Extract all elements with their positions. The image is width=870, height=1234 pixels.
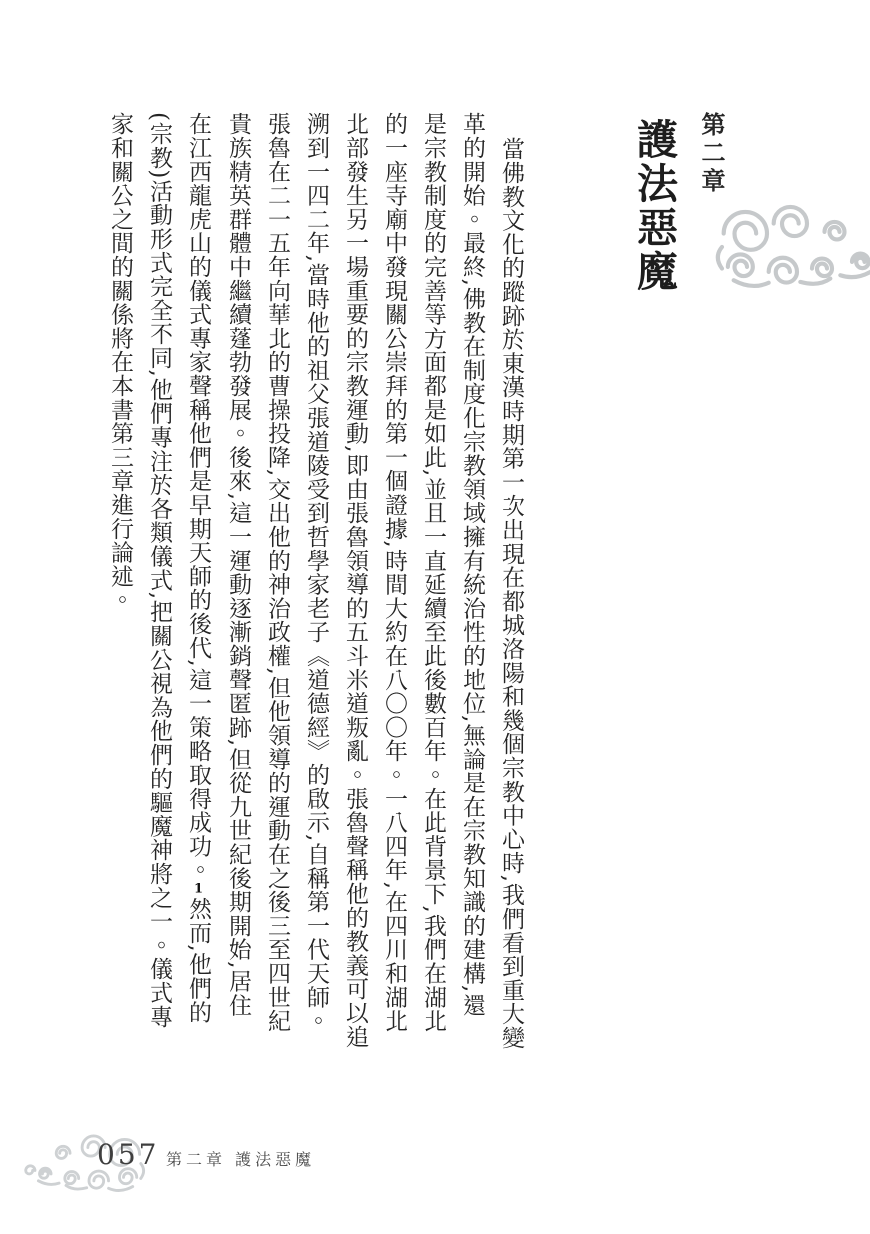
text-column-with-footnote: 在江西龍虎山的儀式專家聲稱他們是早期天師的後代,這一策略取得成功。1然而,他們的 — [178, 112, 218, 1068]
text-segment: 然而,他們的 — [185, 897, 211, 1024]
book-page: 第二章 護法惡魔 當佛教文化的蹤跡於東漢時期第一次出現在都城洛陽和幾個宗教中心時… — [0, 0, 870, 1234]
page-number: 057 — [97, 1138, 159, 1171]
text-column: 是宗教制度的完善等方面都是如此,並且一直延續至此後數百年。在此背景下,我們在湖北 — [413, 112, 452, 1068]
text-column: 家和關公之間的關係將在本書第三章進行論述。 — [100, 112, 139, 1068]
text-column: 的一座寺廟中發現關公崇拜的第一個證據,時間大約在八〇〇年。一八四年,在四川和湖北 — [374, 112, 413, 1068]
text-column: 當佛教文化的蹤跡於東漢時期第一次出現在都城洛陽和幾個宗教中心時,我們看到重大變 — [491, 112, 530, 1068]
text-column: 溯到一四二年,當時他的祖父張道陵受到哲學家老子《道德經》的啟示,自稱第一代天師。 — [296, 112, 335, 1068]
footnote-marker: 1 — [191, 882, 206, 897]
body-text: 當佛教文化的蹤跡於東漢時期第一次出現在都城洛陽和幾個宗教中心時,我們看到重大變 … — [100, 112, 530, 1068]
text-column: (宗教)活動形式完全不同,他們專注於各類儀式,把關公視為他們的驅魔神將之一。儀式… — [139, 112, 178, 1068]
text-column: 北部發生另一場重要的宗教運動,即由張魯領導的五斗米道叛亂。張魯聲稱他的教義可以追 — [335, 112, 374, 1068]
text-column: 革的開始。最終,佛教在制度化宗教領域擁有統治性的地位,無論是在宗教知識的建構,還 — [452, 112, 491, 1068]
footer-chapter-label: 第二章 護法惡魔 — [166, 1147, 315, 1170]
chapter-title: 護法惡魔 — [625, 118, 684, 294]
text-column: 貴族精英群體中繼續蓬勃發展。後來,這一運動逐漸銷聲匿跡,但從九世紀後期開始,居住 — [218, 112, 257, 1068]
chapter-heading: 第二章 護法惡魔 — [625, 112, 729, 294]
text-column: 張魯在二一五年向華北的曹操投降,交出他的神治政權,但他領導的運動在之後三至四世紀 — [257, 112, 296, 1068]
chapter-number-label: 第二章 — [694, 112, 729, 294]
text-segment: 在江西龍虎山的儀式專家聲稱他們是早期天師的後代,這一策略取得成功。 — [185, 112, 211, 882]
